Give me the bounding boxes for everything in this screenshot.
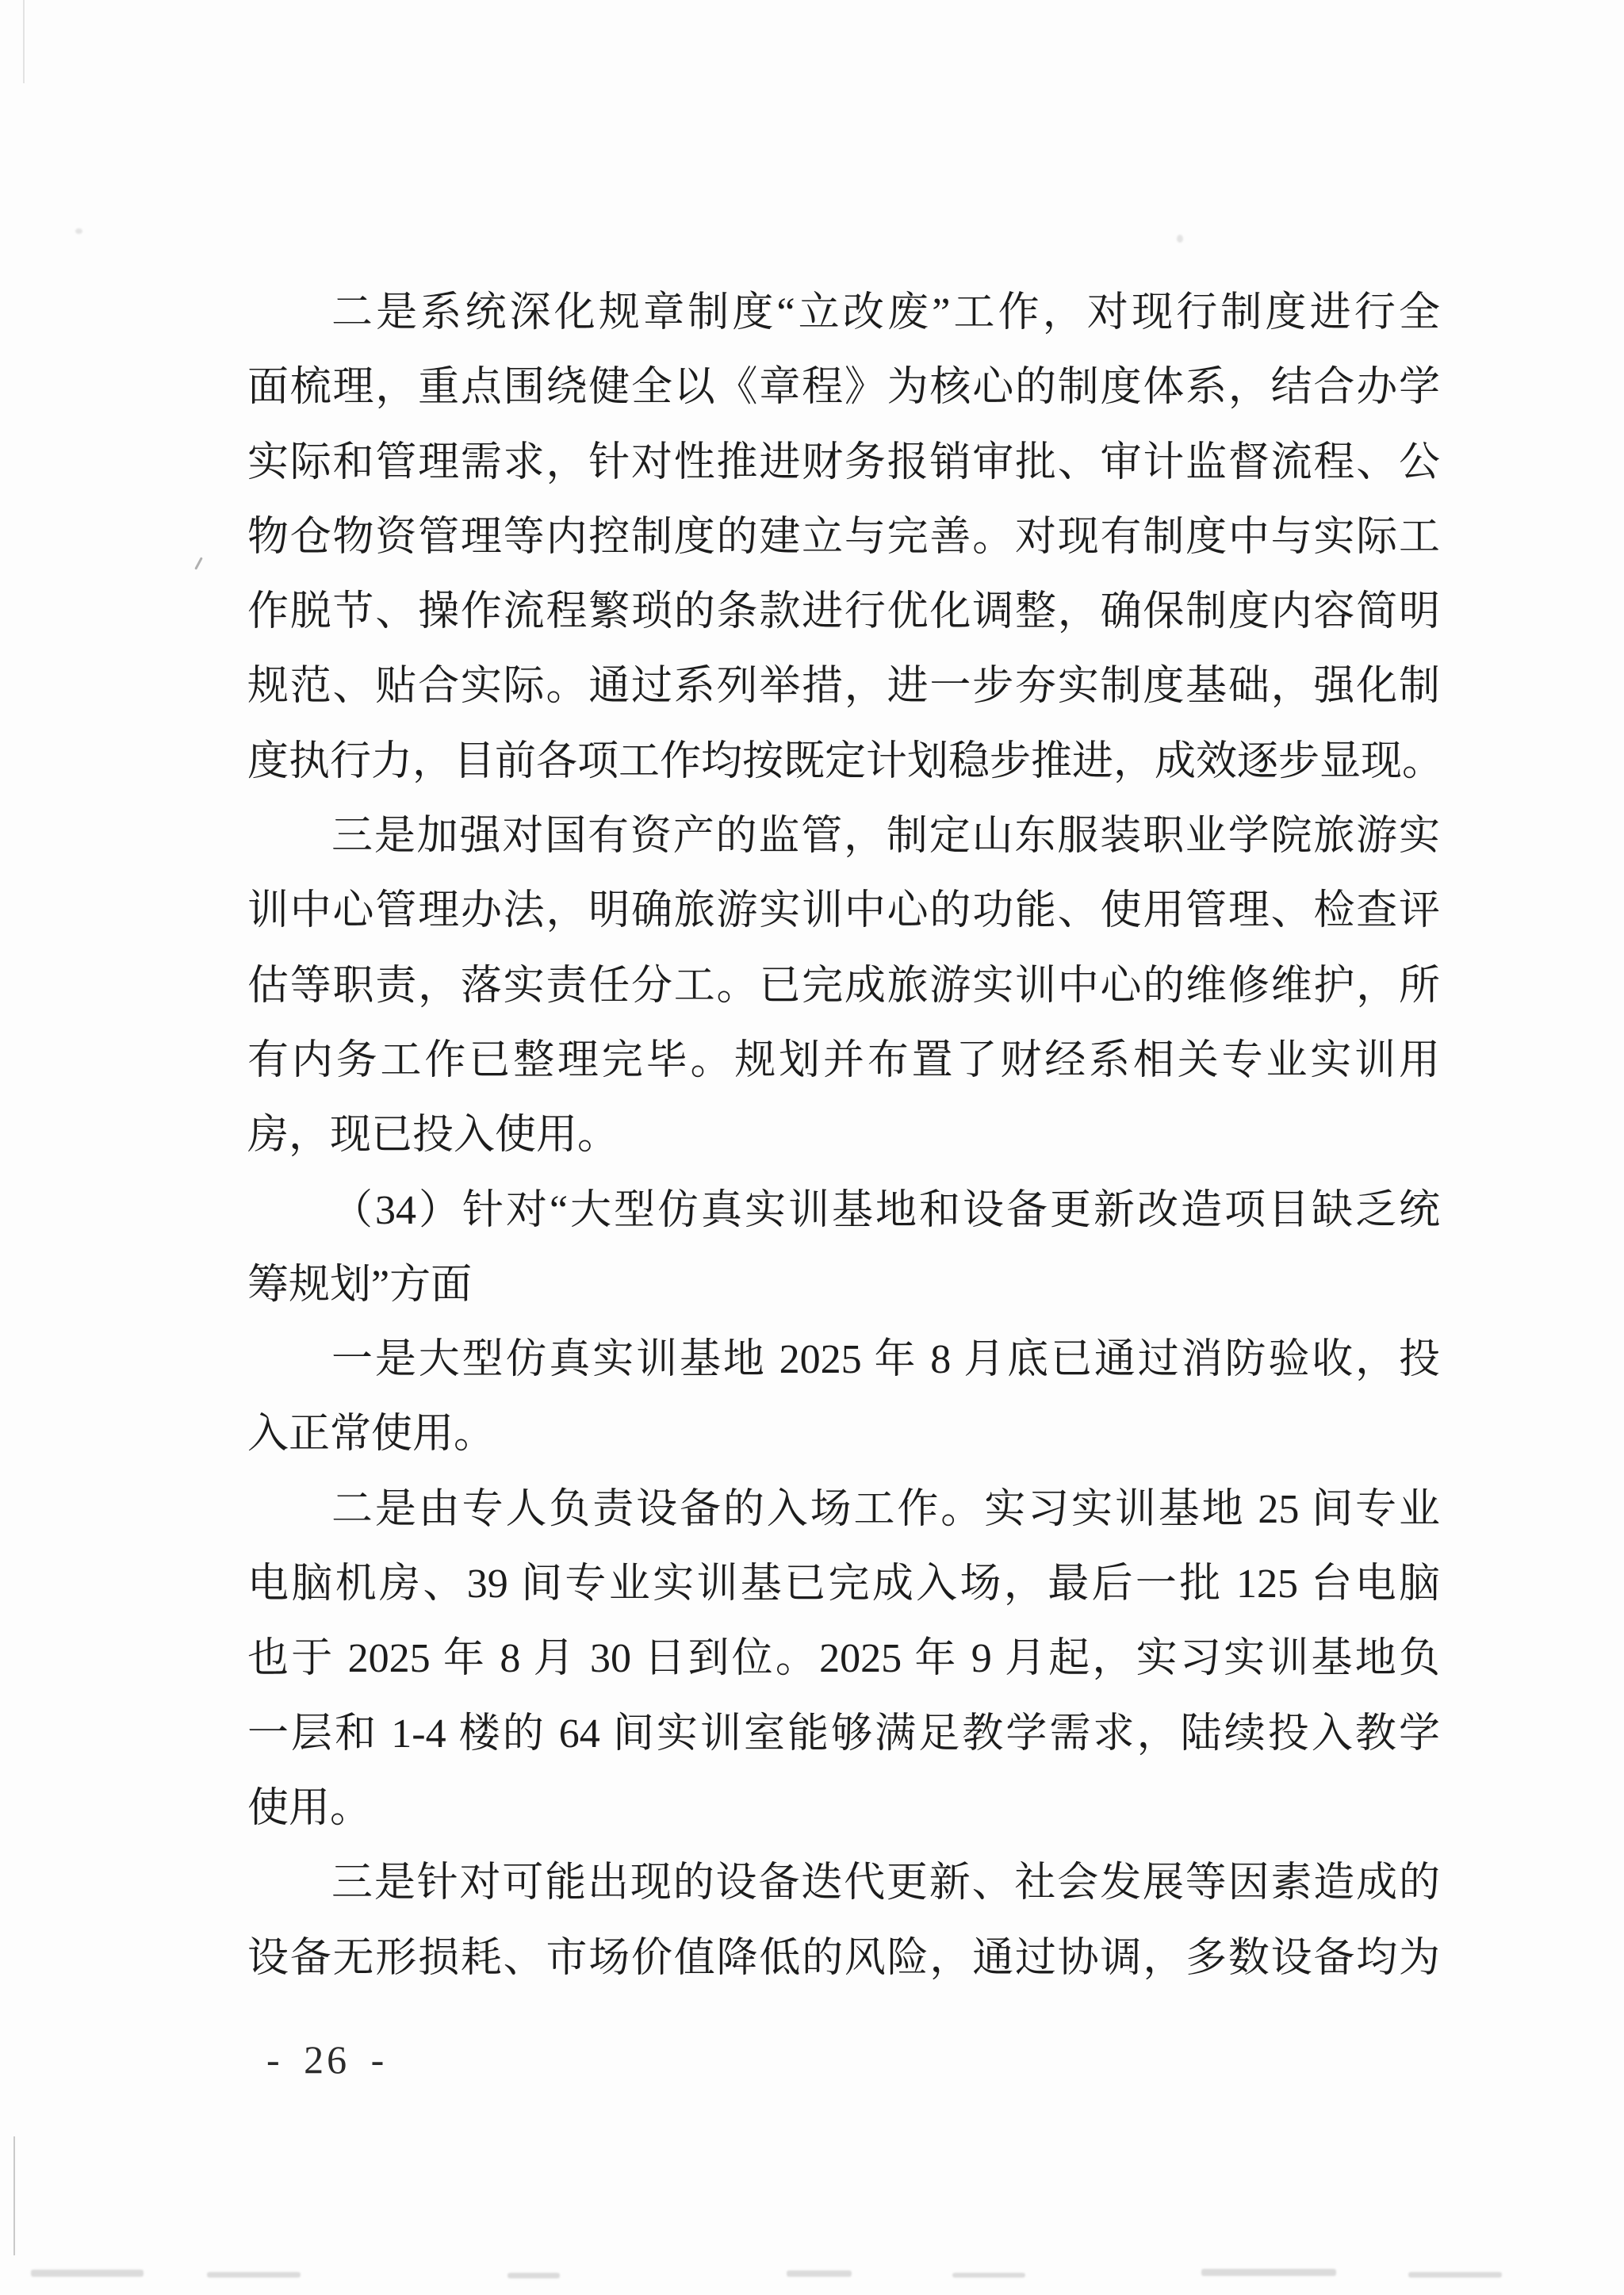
text-line: 一是大型仿真实训基地 2025 年 8 月底已通过消防验收，投 [247,1323,1440,1397]
text-line: 实际和管理需求，针对性推进财务报销审批、审计监督流程、公 [247,426,1440,500]
scan-artifact [23,0,25,83]
text-line: 也于 2025 年 8 月 30 日到位。2025 年 9 月起，实习实训基地负 [247,1622,1440,1696]
scan-artifact [952,2273,1025,2278]
paragraph: 二是由专人负责设备的入场工作。实习实训基地 25 间专业 电脑机房、39 间专业… [247,1473,1440,1846]
text-line: 估等职责，落实责任分工。已完成旅游实训中心的维修维护，所 [247,949,1440,1024]
text-line: 房，现已投入使用。 [247,1098,1440,1173]
paragraph: （34）针对“大型仿真实训基地和设备更新改造项目缺乏统 筹规划”方面 [247,1174,1440,1324]
scan-artifact [31,2270,144,2277]
paragraph: 三是加强对国有资产的监管，制定山东服装职业学院旅游实 训中心管理办法，明确旅游实… [247,799,1440,1173]
text-line: 三是针对可能出现的设备迭代更新、社会发展等因素造成的 [247,1846,1440,1921]
document-page: 二是系统深化规章制度“立改废”工作，对现行制度进行全 面梳理，重点围绕健全以《章… [0,0,1624,2295]
text-line: 三是加强对国有资产的监管，制定山东服装职业学院旅游实 [247,799,1440,874]
page-number: - 26 - [266,2022,387,2097]
paragraph: 三是针对可能出现的设备迭代更新、社会发展等因素造成的 设备无形损耗、市场价值降低… [247,1846,1440,1996]
text-line: 二是系统深化规章制度“立改废”工作，对现行制度进行全 [247,276,1440,351]
text-line: 电脑机房、39 间专业实训基已完成入场，最后一批 125 台电脑 [247,1547,1440,1622]
scan-artifact [207,2272,301,2278]
text-line: 训中心管理办法，明确旅游实训中心的功能、使用管理、检查评 [247,874,1440,948]
text-line: 筹规划”方面 [247,1248,1440,1323]
text-line: 二是由专人负责设备的入场工作。实习实训基地 25 间专业 [247,1473,1440,1547]
text-line: 规范、贴合实际。通过系列举措，进一步夯实制度基础，强化制 [247,649,1440,724]
text-line: 使用。 [247,1772,1440,1846]
text-line: 设备无形损耗、市场价值降低的风险，通过协调，多数设备均为 [247,1921,1440,1996]
scan-artifact [1177,235,1183,243]
scan-artifact [75,228,82,234]
scan-artifact [1408,2272,1502,2278]
text-line: 作脱节、操作流程繁琐的条款进行优化调整，确保制度内容简明 [247,575,1440,649]
scan-artifact [787,2270,852,2277]
text-line: 度执行力，目前各项工作均按既定计划稳步推进，成效逐步显现。 [247,725,1440,799]
scan-artifact [13,2136,15,2255]
text-line: 有内务工作已整理完毕。规划并布置了财经系相关专业实训用 [247,1024,1440,1098]
text-line: 入正常使用。 [247,1397,1440,1472]
text-line: 物仓物资管理等内控制度的建立与完善。对现有制度中与实际工 [247,500,1440,575]
paragraph: 二是系统深化规章制度“立改废”工作，对现行制度进行全 面梳理，重点围绕健全以《章… [247,276,1440,799]
document-body: 二是系统深化规章制度“立改废”工作，对现行制度进行全 面梳理，重点围绕健全以《章… [247,276,1440,1996]
text-line: （34）针对“大型仿真实训基地和设备更新改造项目缺乏统 [247,1174,1440,1248]
paragraph: 一是大型仿真实训基地 2025 年 8 月底已通过消防验收，投 入正常使用。 [247,1323,1440,1473]
scan-artifact [507,2273,560,2278]
text-line: 一层和 1-4 楼的 64 间实训室能够满足教学需求，陆续投入教学 [247,1697,1440,1772]
scan-artifact [1201,2269,1336,2276]
scan-artifact [194,557,203,569]
text-line: 面梳理，重点围绕健全以《章程》为核心的制度体系，结合办学 [247,351,1440,425]
